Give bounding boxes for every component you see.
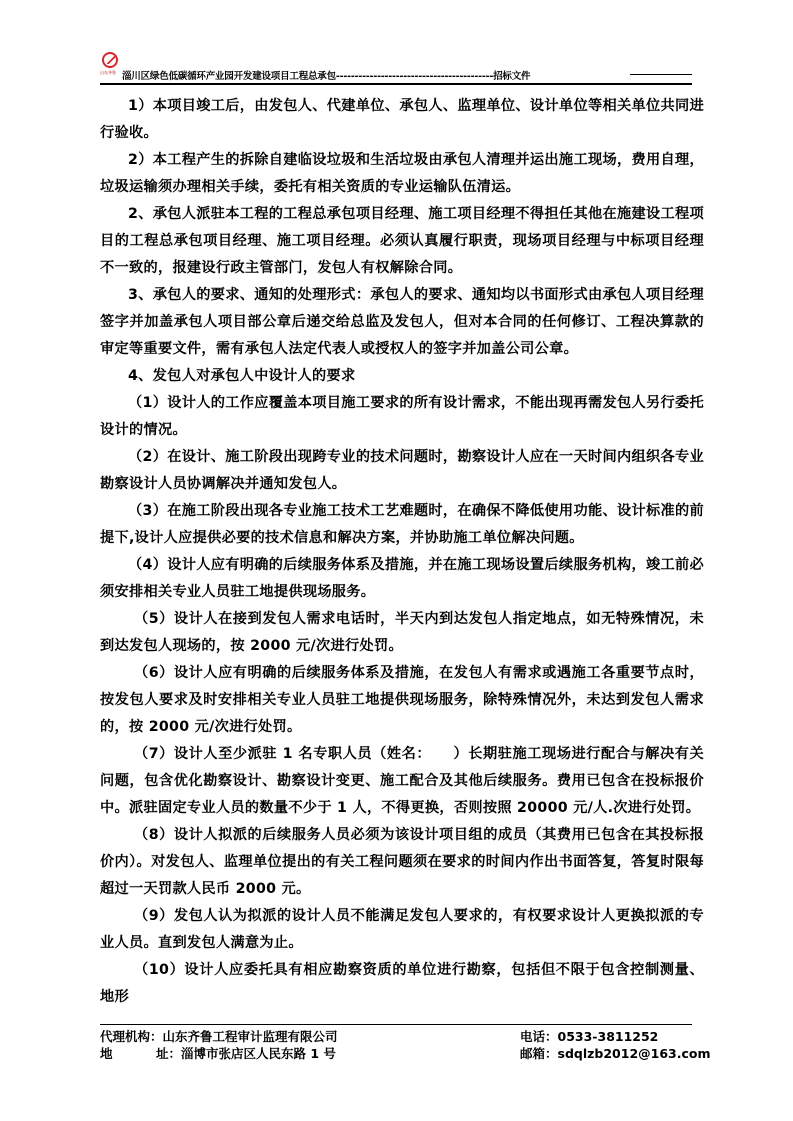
phone-label: 电话： (520, 1029, 558, 1044)
phone-value: 0533-3811252 (558, 1029, 659, 1044)
header-divider (100, 83, 692, 85)
footer-agency: 代理机构：山东齐鲁工程审计监理有限公司 (100, 1027, 338, 1045)
paragraph-req-7: （7）设计人至少派驻 1 名专职人员（姓名： ）长期驻施工现场进行配合与解决有关… (100, 741, 704, 822)
document-page: 山东齐鲁 淄川区绿色低碳循环产业园开发建设项目工程总承包------------… (0, 0, 793, 1121)
paragraph-req-9: （9）发包人认为拟派的设计人员不能满足发包人要求的，有权要求设计人更换拟派的专业… (100, 903, 704, 957)
address-value: 淄博市张店区人民东路 1 号 (181, 1046, 336, 1061)
agency-label: 代理机构： (100, 1029, 163, 1044)
logo-caption: 山东齐鲁 (100, 70, 116, 76)
footer-email: 邮箱：sdqlzb2012@163.com (520, 1044, 711, 1062)
footer-phone: 电话：0533-3811252 (520, 1027, 658, 1045)
paragraph-req-6: （6）设计人应有明确的后续服务体系及措施，在发包人有需求或遇施工各重要节点时，按… (100, 660, 704, 741)
paragraph-project-manager: 2、承包人派驻本工程的工程总承包项目经理、施工项目经理不得担任其他在施建设工程项… (100, 201, 704, 282)
header-decorative-line (630, 74, 692, 75)
email-value: sdqlzb2012@163.com (558, 1046, 711, 1061)
section-heading-designer-requirements: 4、发包人对承包人中设计人的要求 (100, 363, 704, 390)
paragraph-req-2: （2）在设计、施工阶段出现跨专业的技术问题时，勘察设计人应在一天时间内组织各专业… (100, 444, 704, 498)
address-label-start: 地 (100, 1044, 156, 1062)
company-logo-icon: 山东齐鲁 (100, 52, 120, 78)
paragraph-req-4: （4）设计人应有明确的后续服务体系及措施，并在施工现场设置后续服务机构，竣工前必… (100, 552, 704, 606)
paragraph-2-waste-removal: 2）本工程产生的拆除自建临设垃圾和生活垃圾由承包人清理并运出施工现场，费用自理，… (100, 147, 704, 201)
footer-divider (100, 1024, 692, 1025)
paragraph-req-1: （1）设计人的工作应覆盖本项目施工要求的所有设计需求，不能出现再需发包人另行委托… (100, 390, 704, 444)
paragraph-req-8: （8）设计人拟派的后续服务人员必须为该设计项目组的成员（其费用已包含在其投标报价… (100, 822, 704, 903)
address-label-end: 址： (156, 1046, 181, 1061)
footer-address: 地址：淄博市张店区人民东路 1 号 (100, 1044, 336, 1062)
page-header: 山东齐鲁 淄川区绿色低碳循环产业园开发建设项目工程总承包------------… (100, 52, 692, 82)
logo-emblem-icon (102, 52, 118, 68)
paragraph-notice-handling: 3、承包人的要求、通知的处理形式：承包人的要求、通知均以书面形式由承包人项目经理… (100, 282, 704, 363)
paragraph-req-3: （3）在施工阶段出现各专业施工技术工艺难题时，在确保不降低使用功能、设计标准的前… (100, 498, 704, 552)
email-label: 邮箱： (520, 1046, 558, 1061)
document-body: 1）本项目竣工后，由发包人、代建单位、承包人、监理单位、设计单位等相关单位共同进… (100, 93, 704, 1011)
paragraph-req-10: （10）设计人应委托具有相应勘察资质的单位进行勘察，包括但不限于包含控制测量、地… (100, 957, 704, 1011)
agency-value: 山东齐鲁工程审计监理有限公司 (163, 1029, 338, 1044)
header-title: 淄川区绿色低碳循环产业园开发建设项目工程总承包-----------------… (122, 68, 530, 82)
paragraph-1-completion-acceptance: 1）本项目竣工后，由发包人、代建单位、承包人、监理单位、设计单位等相关单位共同进… (100, 93, 704, 147)
paragraph-req-5: （5）设计人在接到发包人需求电话时，半天内到达发包人指定地点，如无特殊情况，未到… (100, 606, 704, 660)
